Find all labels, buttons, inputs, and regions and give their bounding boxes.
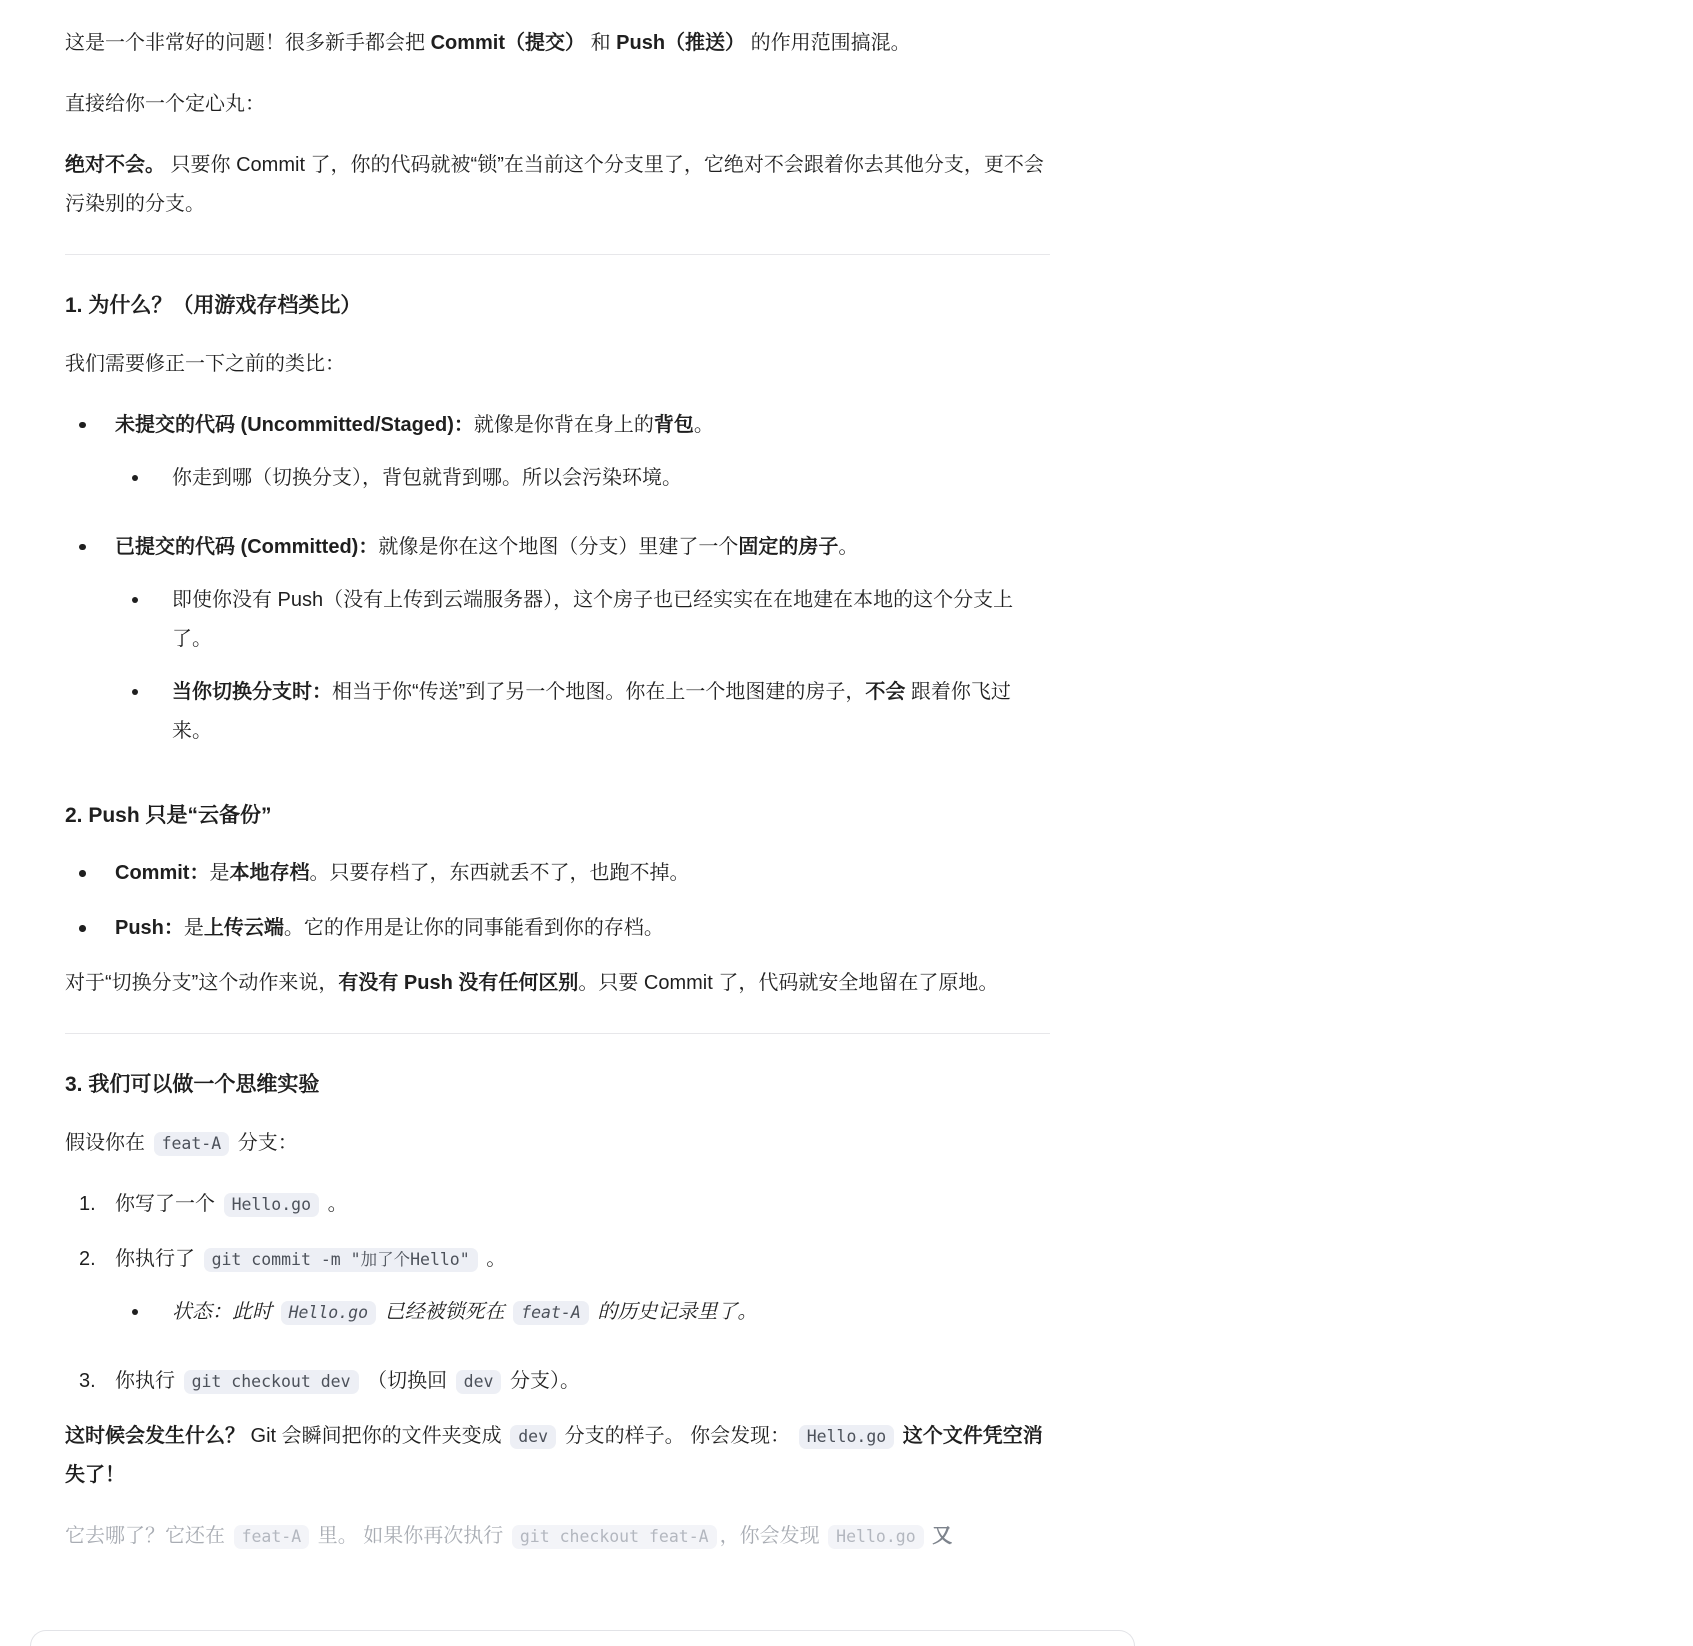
text-run: 上传云端 bbox=[204, 917, 284, 939]
text-run: 状态：此时 bbox=[172, 1301, 278, 1323]
text-run: 有没有 Push 没有任何区别 bbox=[338, 972, 578, 994]
text-run: 的历史记录里了。 bbox=[592, 1301, 758, 1323]
text-run: 。 bbox=[838, 536, 858, 558]
text-run: 背包 bbox=[654, 414, 694, 436]
assistant-message: 这是一个非常好的问题！很多新手都会把 Commit（提交） 和 Push（推送）… bbox=[65, 0, 1050, 1578]
list-item-text: 状态：此时 Hello.go 已经被锁死在 feat-A 的历史记录里了。 bbox=[172, 1293, 1050, 1332]
text-run: Push： bbox=[115, 917, 184, 939]
list-item-text: Push：是上传云端。它的作用是让你的同事能看到你的存档。 bbox=[115, 909, 1050, 948]
text-run: 绝对不会。 bbox=[65, 154, 165, 176]
text-run: 和 bbox=[585, 32, 616, 54]
text-run: 分支的样子。 你会发现： bbox=[559, 1425, 796, 1447]
inline-code: Hello.go bbox=[828, 1525, 923, 1549]
inline-code: git checkout feat-A bbox=[512, 1525, 717, 1549]
list-number: 2. bbox=[79, 1240, 115, 1279]
list-item-text: 当你切换分支时：相当于你“传送”到了另一个地图。你在上一个地图建的房子，不会 跟… bbox=[172, 673, 1050, 751]
text-run: 对于“切换分支”这个动作来说， bbox=[65, 972, 338, 994]
text-run: （切换回 bbox=[362, 1370, 453, 1392]
numbered-list: 1.你写了一个 Hello.go 。2.你执行了 git commit -m "… bbox=[65, 1185, 1050, 1401]
text-run: 就像是你在这个地图（分支）里建了一个 bbox=[378, 536, 738, 558]
bullet-list: Commit：是本地存档。只要存档了，东西就丢不了，也跑不掉。Push：是上传云… bbox=[65, 854, 1050, 948]
bullet-dot bbox=[79, 854, 115, 893]
list-item: 3.你执行 git checkout dev （切换回 dev 分支）。 bbox=[65, 1362, 1050, 1401]
nested-bullet-list: 你走到哪（切换分支），背包就背到哪。所以会污染环境。 bbox=[115, 459, 1050, 498]
list-item-text: 即使你没有 Push（没有上传到云端服务器），这个房子也已经实实在在地建在本地的… bbox=[172, 581, 1050, 659]
bullet-dot bbox=[79, 528, 115, 567]
text-run: 不会 bbox=[865, 681, 905, 703]
list-item: 2.你执行了 git commit -m "加了个Hello" 。状态：此时 H… bbox=[65, 1240, 1050, 1346]
text-run: 你写了一个 bbox=[115, 1193, 221, 1215]
bullet-dot bbox=[132, 459, 172, 498]
nested-bullet-list: 即使你没有 Push（没有上传到云端服务器），这个房子也已经实实在在地建在本地的… bbox=[115, 581, 1050, 751]
text-run: 当你切换分支时： bbox=[172, 681, 332, 703]
list-item: 已提交的代码 (Committed)：就像是你在这个地图（分支）里建了一个固定的… bbox=[65, 528, 1050, 765]
list-item: 状态：此时 Hello.go 已经被锁死在 feat-A 的历史记录里了。 bbox=[115, 1293, 1050, 1332]
text-run: 是 bbox=[184, 917, 204, 939]
list-item: Push：是上传云端。它的作用是让你的同事能看到你的存档。 bbox=[65, 909, 1050, 948]
text-run: 的作用范围搞混。 bbox=[745, 32, 911, 54]
text-run: 只要你 Commit 了，你的代码就被“锁”在当前这个分支里了，它绝对不会跟着你… bbox=[65, 154, 1044, 215]
text-run: 1. 为什么？（用游戏存档类比） bbox=[65, 294, 361, 317]
inline-code: Hello.go bbox=[281, 1301, 376, 1325]
list-item-text: 你走到哪（切换分支），背包就背到哪。所以会污染环境。 bbox=[172, 459, 1050, 498]
paragraph: 对于“切换分支”这个动作来说，有没有 Push 没有任何区别。只要 Commit… bbox=[65, 964, 1050, 1003]
bullet-list: 未提交的代码 (Uncommitted/Staged)：就像是你背在身上的背包。… bbox=[65, 406, 1050, 765]
text-run: Git 会瞬间把你的文件夹变成 bbox=[245, 1425, 507, 1447]
text-run: 已经被锁死在 bbox=[379, 1301, 510, 1323]
list-item-text: 你执行了 git commit -m "加了个Hello" 。状态：此时 Hel… bbox=[115, 1240, 1050, 1346]
text-run: 是 bbox=[209, 862, 229, 884]
inline-code: git checkout dev bbox=[184, 1370, 359, 1394]
text-run: Push（推送） bbox=[616, 32, 745, 54]
section-heading: 1. 为什么？（用游戏存档类比） bbox=[65, 289, 1050, 323]
list-item: 你走到哪（切换分支），背包就背到哪。所以会污染环境。 bbox=[115, 459, 1050, 498]
text-run: 这是一个非常好的问题！很多新手都会把 bbox=[65, 32, 431, 54]
text-run: 即使你没有 Push（没有上传到云端服务器），这个房子也已经实实在在地建在本地的… bbox=[172, 589, 1013, 650]
inline-code: feat-A bbox=[154, 1132, 230, 1156]
text-run: 。只要存档了，东西就丢不了，也跑不掉。 bbox=[309, 862, 689, 884]
text-run: 相当于你“传送”到了另一个地图。你在上一个地图建的房子， bbox=[332, 681, 865, 703]
bullet-dot bbox=[79, 406, 115, 445]
text-run: 你执行了 bbox=[115, 1248, 201, 1270]
text-run: 就像是你背在身上的 bbox=[474, 414, 654, 436]
text-run: 本地存档 bbox=[229, 862, 309, 884]
nested-bullet-list: 状态：此时 Hello.go 已经被锁死在 feat-A 的历史记录里了。 bbox=[115, 1293, 1050, 1332]
list-item-text: 你执行 git checkout dev （切换回 dev 分支）。 bbox=[115, 1362, 1050, 1401]
section-heading: 2. Push 只是“云备份” bbox=[65, 799, 1050, 833]
list-item-text: 你写了一个 Hello.go 。 bbox=[115, 1185, 1050, 1224]
inline-code: Hello.go bbox=[224, 1193, 319, 1217]
paragraph: 这时候会发生什么？ Git 会瞬间把你的文件夹变成 dev 分支的样子。 你会发… bbox=[65, 1417, 1050, 1495]
list-item: 即使你没有 Push（没有上传到云端服务器），这个房子也已经实实在在地建在本地的… bbox=[115, 581, 1050, 659]
list-item: 当你切换分支时：相当于你“传送”到了另一个地图。你在上一个地图建的房子，不会 跟… bbox=[115, 673, 1050, 751]
text-run: 未提交的代码 (Uncommitted/Staged)： bbox=[115, 414, 474, 436]
text-run: 你执行 bbox=[115, 1370, 181, 1392]
bullet-dot bbox=[132, 581, 172, 620]
text-run: 2. Push 只是“云备份” bbox=[65, 804, 272, 827]
text-run: 。只要 Commit 了，代码就安全地留在了原地。 bbox=[578, 972, 998, 994]
bullet-dot bbox=[79, 909, 115, 948]
inline-code: Hello.go bbox=[799, 1425, 894, 1449]
text-run: Commit（提交） bbox=[431, 32, 585, 54]
list-item-text: 已提交的代码 (Committed)：就像是你在这个地图（分支）里建了一个固定的… bbox=[115, 528, 1050, 765]
list-item: Commit：是本地存档。只要存档了，东西就丢不了，也跑不掉。 bbox=[65, 854, 1050, 893]
text-run: 。 bbox=[694, 414, 714, 436]
text-run: Commit： bbox=[115, 862, 209, 884]
inline-code: feat-A bbox=[513, 1301, 589, 1325]
bullet-dot bbox=[132, 673, 172, 712]
list-item: 未提交的代码 (Uncommitted/Staged)：就像是你背在身上的背包。… bbox=[65, 406, 1050, 512]
text-run: 假设你在 bbox=[65, 1132, 151, 1154]
list-number: 1. bbox=[79, 1185, 115, 1224]
text-run: 直接给你一个定心丸： bbox=[65, 93, 265, 115]
chat-input-composer[interactable] bbox=[30, 1630, 1135, 1646]
text-run: 分支）。 bbox=[504, 1370, 580, 1392]
paragraph: 绝对不会。 只要你 Commit 了，你的代码就被“锁”在当前这个分支里了，它绝… bbox=[65, 146, 1050, 224]
text-run: 分支： bbox=[232, 1132, 298, 1154]
divider bbox=[65, 1033, 1050, 1034]
text-run: 已提交的代码 (Committed)： bbox=[115, 536, 378, 558]
paragraph: 这是一个非常好的问题！很多新手都会把 Commit（提交） 和 Push（推送）… bbox=[65, 24, 1050, 63]
text-run: 3. 我们可以做一个思维实验 bbox=[65, 1073, 319, 1096]
text-run: 我们需要修正一下之前的类比： bbox=[65, 353, 345, 375]
divider bbox=[65, 254, 1050, 255]
paragraph: 假设你在 feat-A 分支： bbox=[65, 1124, 1050, 1163]
section-heading: 3. 我们可以做一个思维实验 bbox=[65, 1068, 1050, 1102]
paragraph: 它去哪了？它还在 feat-A 里。 如果你再次执行 git checkout … bbox=[65, 1517, 1050, 1556]
text-run: 。 bbox=[481, 1248, 507, 1270]
text-run: 里。 如果你再次执行 bbox=[312, 1525, 509, 1547]
paragraph: 直接给你一个定心丸： bbox=[65, 85, 1050, 124]
text-run: 又 bbox=[932, 1525, 952, 1547]
text-run: 它去哪了？它还在 bbox=[65, 1525, 231, 1547]
text-run: 。 bbox=[322, 1193, 348, 1215]
inline-code: dev bbox=[456, 1370, 502, 1394]
list-item-text: Commit：是本地存档。只要存档了，东西就丢不了，也跑不掉。 bbox=[115, 854, 1050, 893]
bullet-dot bbox=[132, 1293, 172, 1332]
text-run: 你走到哪（切换分支），背包就背到哪。所以会污染环境。 bbox=[172, 467, 682, 489]
text-run: 。它的作用是让你的同事能看到你的存档。 bbox=[284, 917, 664, 939]
inline-code: feat-A bbox=[234, 1525, 310, 1549]
text-run: 固定的房子 bbox=[738, 536, 838, 558]
inline-code: git commit -m "加了个Hello" bbox=[204, 1248, 478, 1272]
inline-code: dev bbox=[510, 1425, 556, 1449]
list-item: 1.你写了一个 Hello.go 。 bbox=[65, 1185, 1050, 1224]
text-run: 这时候会发生什么？ bbox=[65, 1425, 245, 1447]
text-run: ，你会发现 bbox=[720, 1525, 826, 1547]
paragraph: 我们需要修正一下之前的类比： bbox=[65, 345, 1050, 384]
list-item-text: 未提交的代码 (Uncommitted/Staged)：就像是你背在身上的背包。… bbox=[115, 406, 1050, 512]
list-number: 3. bbox=[79, 1362, 115, 1401]
